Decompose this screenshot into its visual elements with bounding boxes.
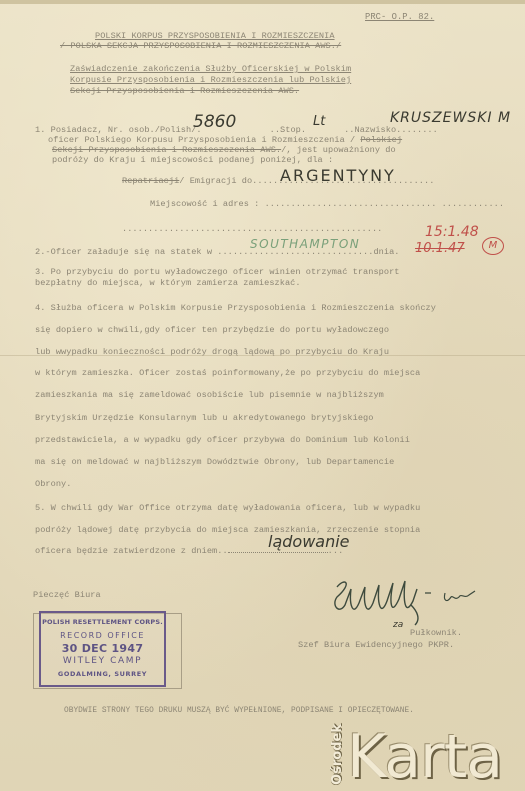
- office-stamp: POLISH RESETTLEMENT CORPS. RECORD OFFICE…: [39, 611, 166, 687]
- paper-top-edge: [0, 0, 525, 4]
- handwritten-new-date: 15:1.48: [425, 224, 479, 240]
- section5-line1: 5. W chwili gdy War Office otrzyma datę …: [35, 503, 420, 513]
- title-line-3: Sekcji Przysposobienia i Rozmieszczenia …: [70, 86, 299, 96]
- address-line-2: ........................................…: [122, 224, 382, 234]
- stamp-date: 30 DEC 1947: [41, 642, 164, 655]
- footer-note: OBYDWIE STRONY TEGO DRUKU MUSZĄ BYĆ WYPE…: [64, 707, 414, 715]
- handwritten-landing: lądowanie: [268, 532, 350, 551]
- signatory-rank: Pułkownik.: [410, 628, 462, 638]
- signature-icon: [325, 575, 495, 630]
- section1-line4: podróży do Kraju i miejscowości podanej …: [52, 155, 333, 165]
- section4-line7: przedstawiciela, a w wypadku gdy oficer …: [35, 435, 410, 445]
- section1-line1: 1. Posiadacz, Nr. osob./Polish/...Stop..…: [35, 125, 438, 135]
- section3-line1: 3. Po przybyciu do portu wyładowczego of…: [35, 267, 400, 277]
- handwritten-country: ARGENTYNY: [280, 166, 396, 185]
- header-line-1: POLSKI KORPUS PRZYSPOSOBIENIA I ROZMIESZ…: [95, 31, 335, 41]
- section4-line5: zamieszkania ma się zameldować osobiście…: [35, 390, 384, 400]
- section4-line3: lub wwypadku konieczności podróży drogą …: [35, 347, 389, 357]
- section4-line1: 4. Służba oficera w Polskim Korpusie Prz…: [35, 303, 436, 313]
- reference-code: PRC- O.P. 82.: [365, 12, 434, 22]
- title-line-2: Korpusie Przysposobienia i Rozmieszczeni…: [70, 75, 351, 85]
- handwritten-port: SOUTHAMPTON: [250, 237, 360, 251]
- stamp-label: Pieczęć Biura: [33, 590, 101, 600]
- stamp-line-2: RECORD OFFICE: [41, 629, 164, 642]
- watermark-small-text: Ośrodek: [330, 724, 345, 785]
- handwritten-personal-number: 5860: [193, 112, 236, 132]
- title-line-1: Zaświadczenie zakończenia Służby Oficers…: [70, 64, 351, 74]
- handwritten-surname: KRUSZEWSKI M: [390, 110, 511, 126]
- handwritten-old-date: 10.1.47: [415, 241, 465, 256]
- handwritten-rank: Lt: [313, 114, 325, 129]
- correction-initials: M: [482, 237, 504, 255]
- section4-line8: ma się on meldować w najbliższym Dowództ…: [35, 457, 394, 467]
- section1-line2: oficer Polskiego Korpusu Przysposobienia…: [48, 135, 402, 145]
- section4-line2: się dopiero w chwili,gdy oficer ten przy…: [35, 325, 389, 335]
- stamp-line-1: POLISH RESETTLEMENT CORPS.: [41, 616, 164, 629]
- watermark: Ośrodek Karta: [330, 720, 502, 791]
- watermark-big-text: Karta: [347, 727, 502, 787]
- section5-line2: podróży lądowej datę przybycia do miejsc…: [35, 525, 420, 535]
- handwritten-za: za: [393, 620, 403, 630]
- section3-line2: bezpłatny do miejsca, w którym zamierza …: [35, 278, 301, 288]
- stamp-line-4: WITLEY CAMP: [41, 655, 164, 668]
- section4-line9: Obrony.: [35, 479, 71, 489]
- address-line: Miejscowość i adres : ..................…: [150, 199, 504, 209]
- section1-line3: Sekcji Przysposobienia i Rozmieszczenia …: [52, 145, 396, 155]
- header-line-2: / POLSKA SEKCJA PRZYSPOSOBIENIA I ROZMIE…: [60, 41, 341, 51]
- section4-line4: w którym zamieszka. Oficer zostaś poinfo…: [35, 368, 420, 378]
- section4-line6: Brytyjskim Urzędzie Konsularnym lub u ak…: [35, 413, 373, 423]
- signatory-title: Szef Biura Ewidencyjnego PKPR.: [298, 640, 454, 650]
- stamp-line-5: GODALMING, SURREY: [41, 668, 164, 681]
